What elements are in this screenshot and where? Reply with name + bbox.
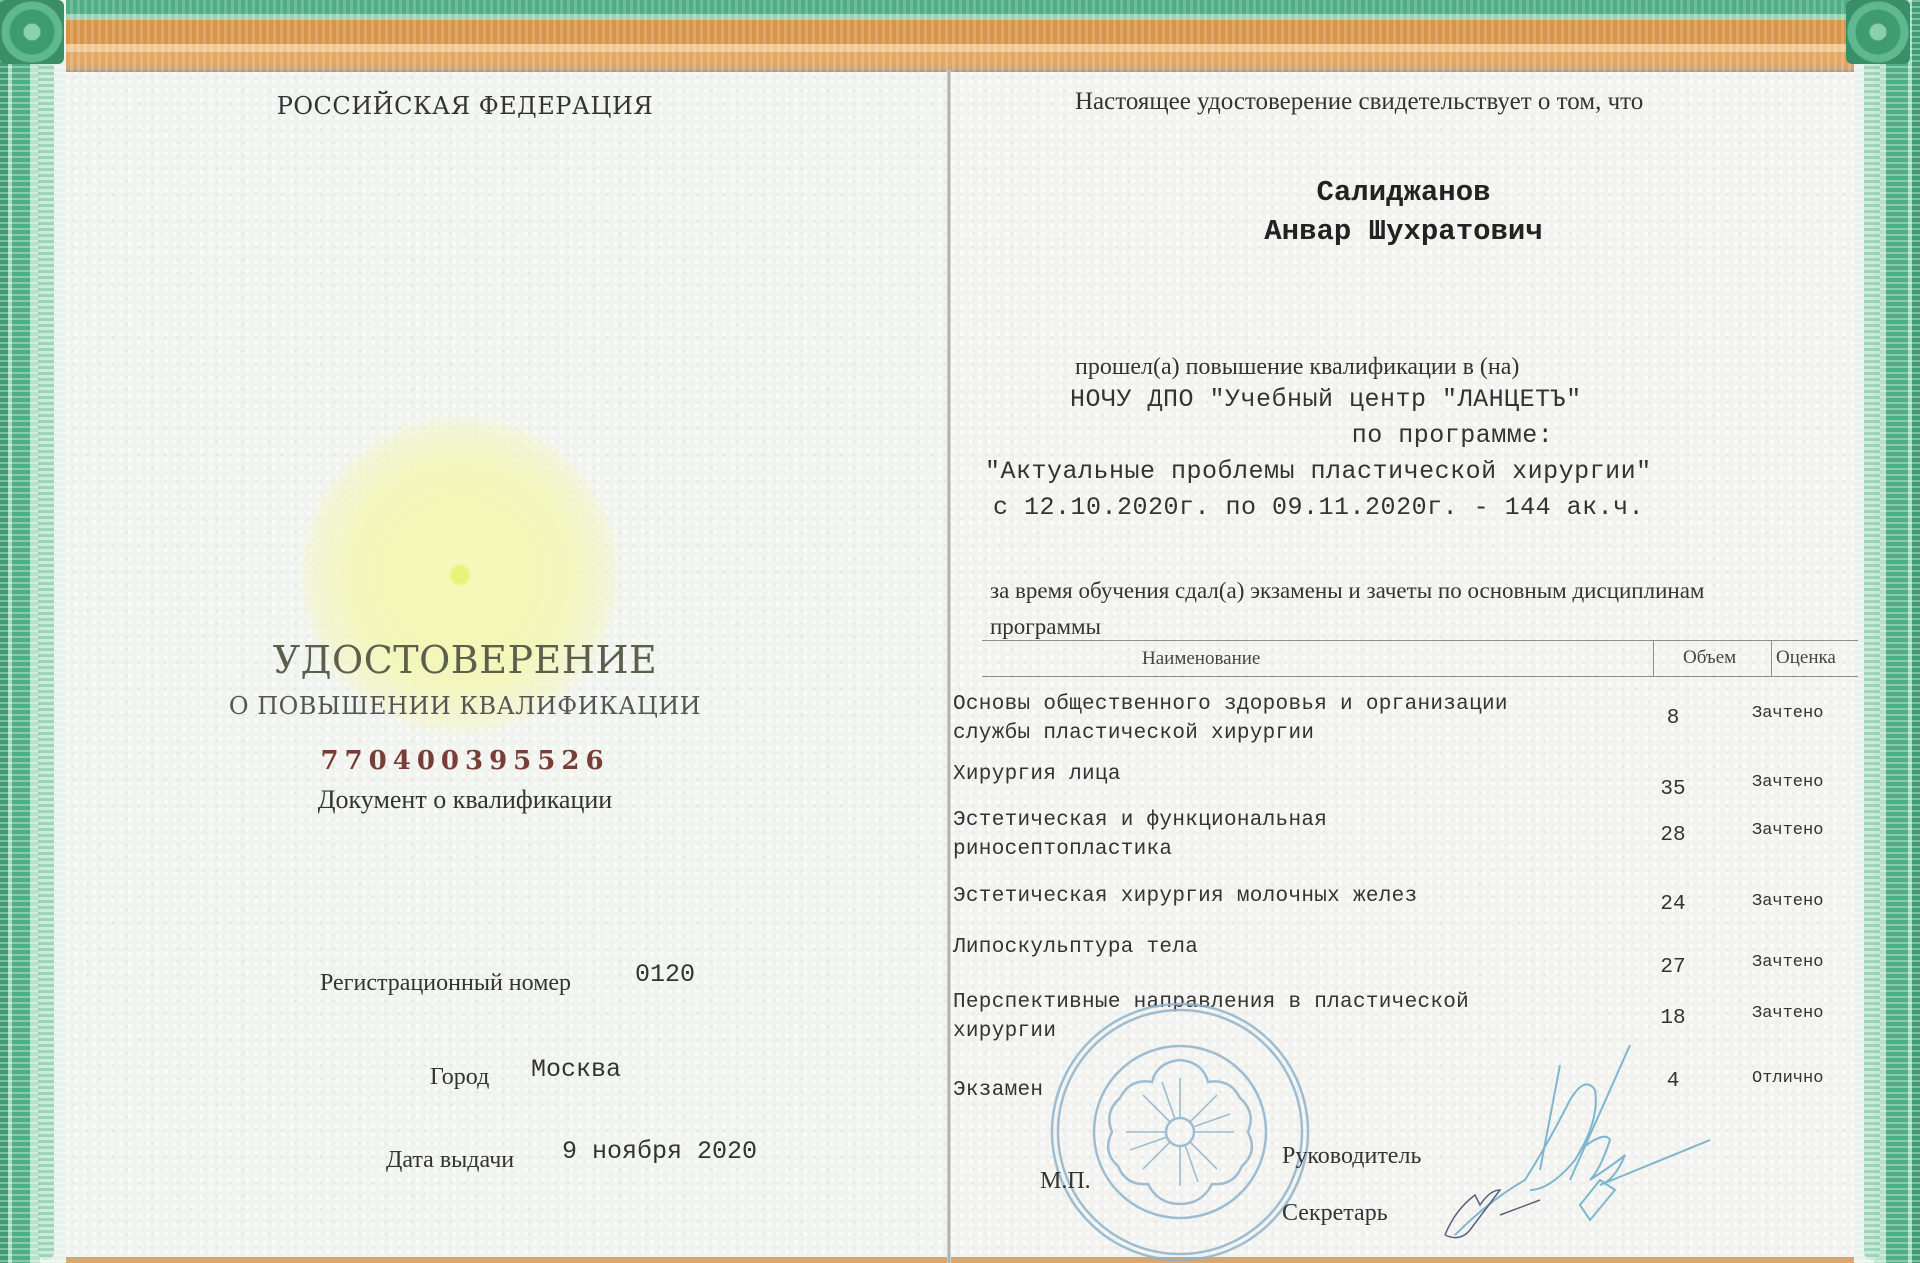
table-row-volume: 24: [1648, 893, 1698, 916]
table-row-volume: 28: [1648, 824, 1698, 847]
row-name-line: Липоскульптура тела: [953, 933, 1198, 962]
issue-date-value: 9 ноября 2020: [562, 1137, 757, 1166]
exams-text: за время обучения сдал(а) экзамены и зач…: [990, 578, 1704, 604]
program-label: по программе:: [1000, 421, 1905, 450]
row-name-line: Основы общественного здоровья и организа…: [953, 690, 1508, 719]
table-row-grade: Зачтено: [1752, 773, 1823, 792]
row-name-line: риносептопластика: [953, 835, 1327, 864]
table-row-name: Липоскульптура тела: [953, 933, 1198, 962]
hologram-emblem-icon: [300, 415, 620, 735]
intro-text: Настоящее удостоверение свидетельствует …: [1075, 88, 1643, 116]
organization-stamp-icon: [1048, 1000, 1312, 1263]
document-type: Документ о квалификации: [15, 785, 915, 815]
study-period: с 12.10.2020г. по 09.11.2020г. - 144 ак.…: [993, 493, 1644, 522]
secretary-label: Секретарь: [1282, 1200, 1388, 1227]
seal-label: М.П.: [1040, 1168, 1091, 1195]
table-row-grade: Отлично: [1752, 1069, 1823, 1088]
table-row-volume: 27: [1648, 956, 1698, 979]
table-header-rule: [982, 676, 1858, 677]
country-heading: РОССИЙСКАЯ ФЕДЕРАЦИЯ: [15, 92, 915, 120]
table-header-volume: Объем: [1683, 647, 1736, 669]
table-row-grade: Зачтено: [1752, 821, 1823, 840]
institution-name: НОЧУ ДПО "Учебный центр "ЛАНЦЕТЪ": [1070, 385, 1582, 414]
center-fold: [947, 70, 951, 1263]
city-value: Москва: [531, 1055, 621, 1084]
certificate-subtitle: О ПОВЫШЕНИИ КВАЛИФИКАЦИИ: [15, 692, 915, 720]
issue-date-label: Дата выдачи: [386, 1147, 514, 1174]
table-header-name: Наименование: [1142, 648, 1260, 670]
certificate-title: УДОСТОВЕРЕНИЕ: [15, 638, 915, 682]
table-row-grade: Зачтено: [1752, 704, 1823, 723]
right-rope-ornament: [1864, 60, 1880, 1260]
row-name-line: Экзамен: [953, 1076, 1043, 1105]
program-name: "Актуальные проблемы пластической хирург…: [985, 457, 1652, 486]
table-row-name: Эстетическая хирургия молочных желез: [953, 882, 1417, 911]
exams-text-cont: программы: [990, 614, 1101, 640]
table-row-grade: Зачтено: [1752, 1004, 1823, 1023]
table-row-volume: 18: [1648, 1007, 1698, 1030]
registration-number: 0120: [635, 960, 695, 989]
serial-number: 770400395526: [15, 746, 915, 776]
row-name-line: Эстетическая хирургия молочных желез: [953, 882, 1417, 911]
table-top-rule: [982, 640, 1858, 641]
table-row-grade: Зачтено: [1752, 892, 1823, 911]
holder-surname: Салиджанов: [951, 176, 1856, 209]
table-row-volume: 8: [1648, 707, 1698, 730]
table-col-divider: [1771, 640, 1772, 676]
table-row-name: Эстетическая и функциональнаяриносептопл…: [953, 806, 1327, 864]
registration-label: Регистрационный номер: [320, 970, 571, 997]
table-row-name: Основы общественного здоровья и организа…: [953, 690, 1508, 748]
corner-rosette-icon: [0, 0, 64, 64]
table-header-grade: Оценка: [1776, 647, 1836, 669]
top-ornament-band: [0, 0, 1920, 72]
city-label: Город: [430, 1064, 489, 1091]
completed-text: прошел(а) повышение квалификации в (на): [1075, 354, 1519, 381]
table-row-name: Хирургия лица: [953, 760, 1121, 789]
table-row-name: Экзамен: [953, 1076, 1043, 1105]
row-name-line: службы пластической хирургии: [953, 719, 1508, 748]
table-row-grade: Зачтено: [1752, 953, 1823, 972]
signature-mark: [1430, 1030, 1730, 1260]
left-ornament-border: [0, 0, 66, 1263]
table-row-volume: 35: [1648, 778, 1698, 801]
row-name-line: Эстетическая и функциональная: [953, 806, 1327, 835]
head-label: Руководитель: [1282, 1143, 1421, 1170]
holder-given-names: Анвар Шухратович: [951, 215, 1856, 248]
corner-rosette-icon: [1846, 0, 1910, 64]
row-name-line: Хирургия лица: [953, 760, 1121, 789]
table-col-divider: [1653, 640, 1654, 676]
